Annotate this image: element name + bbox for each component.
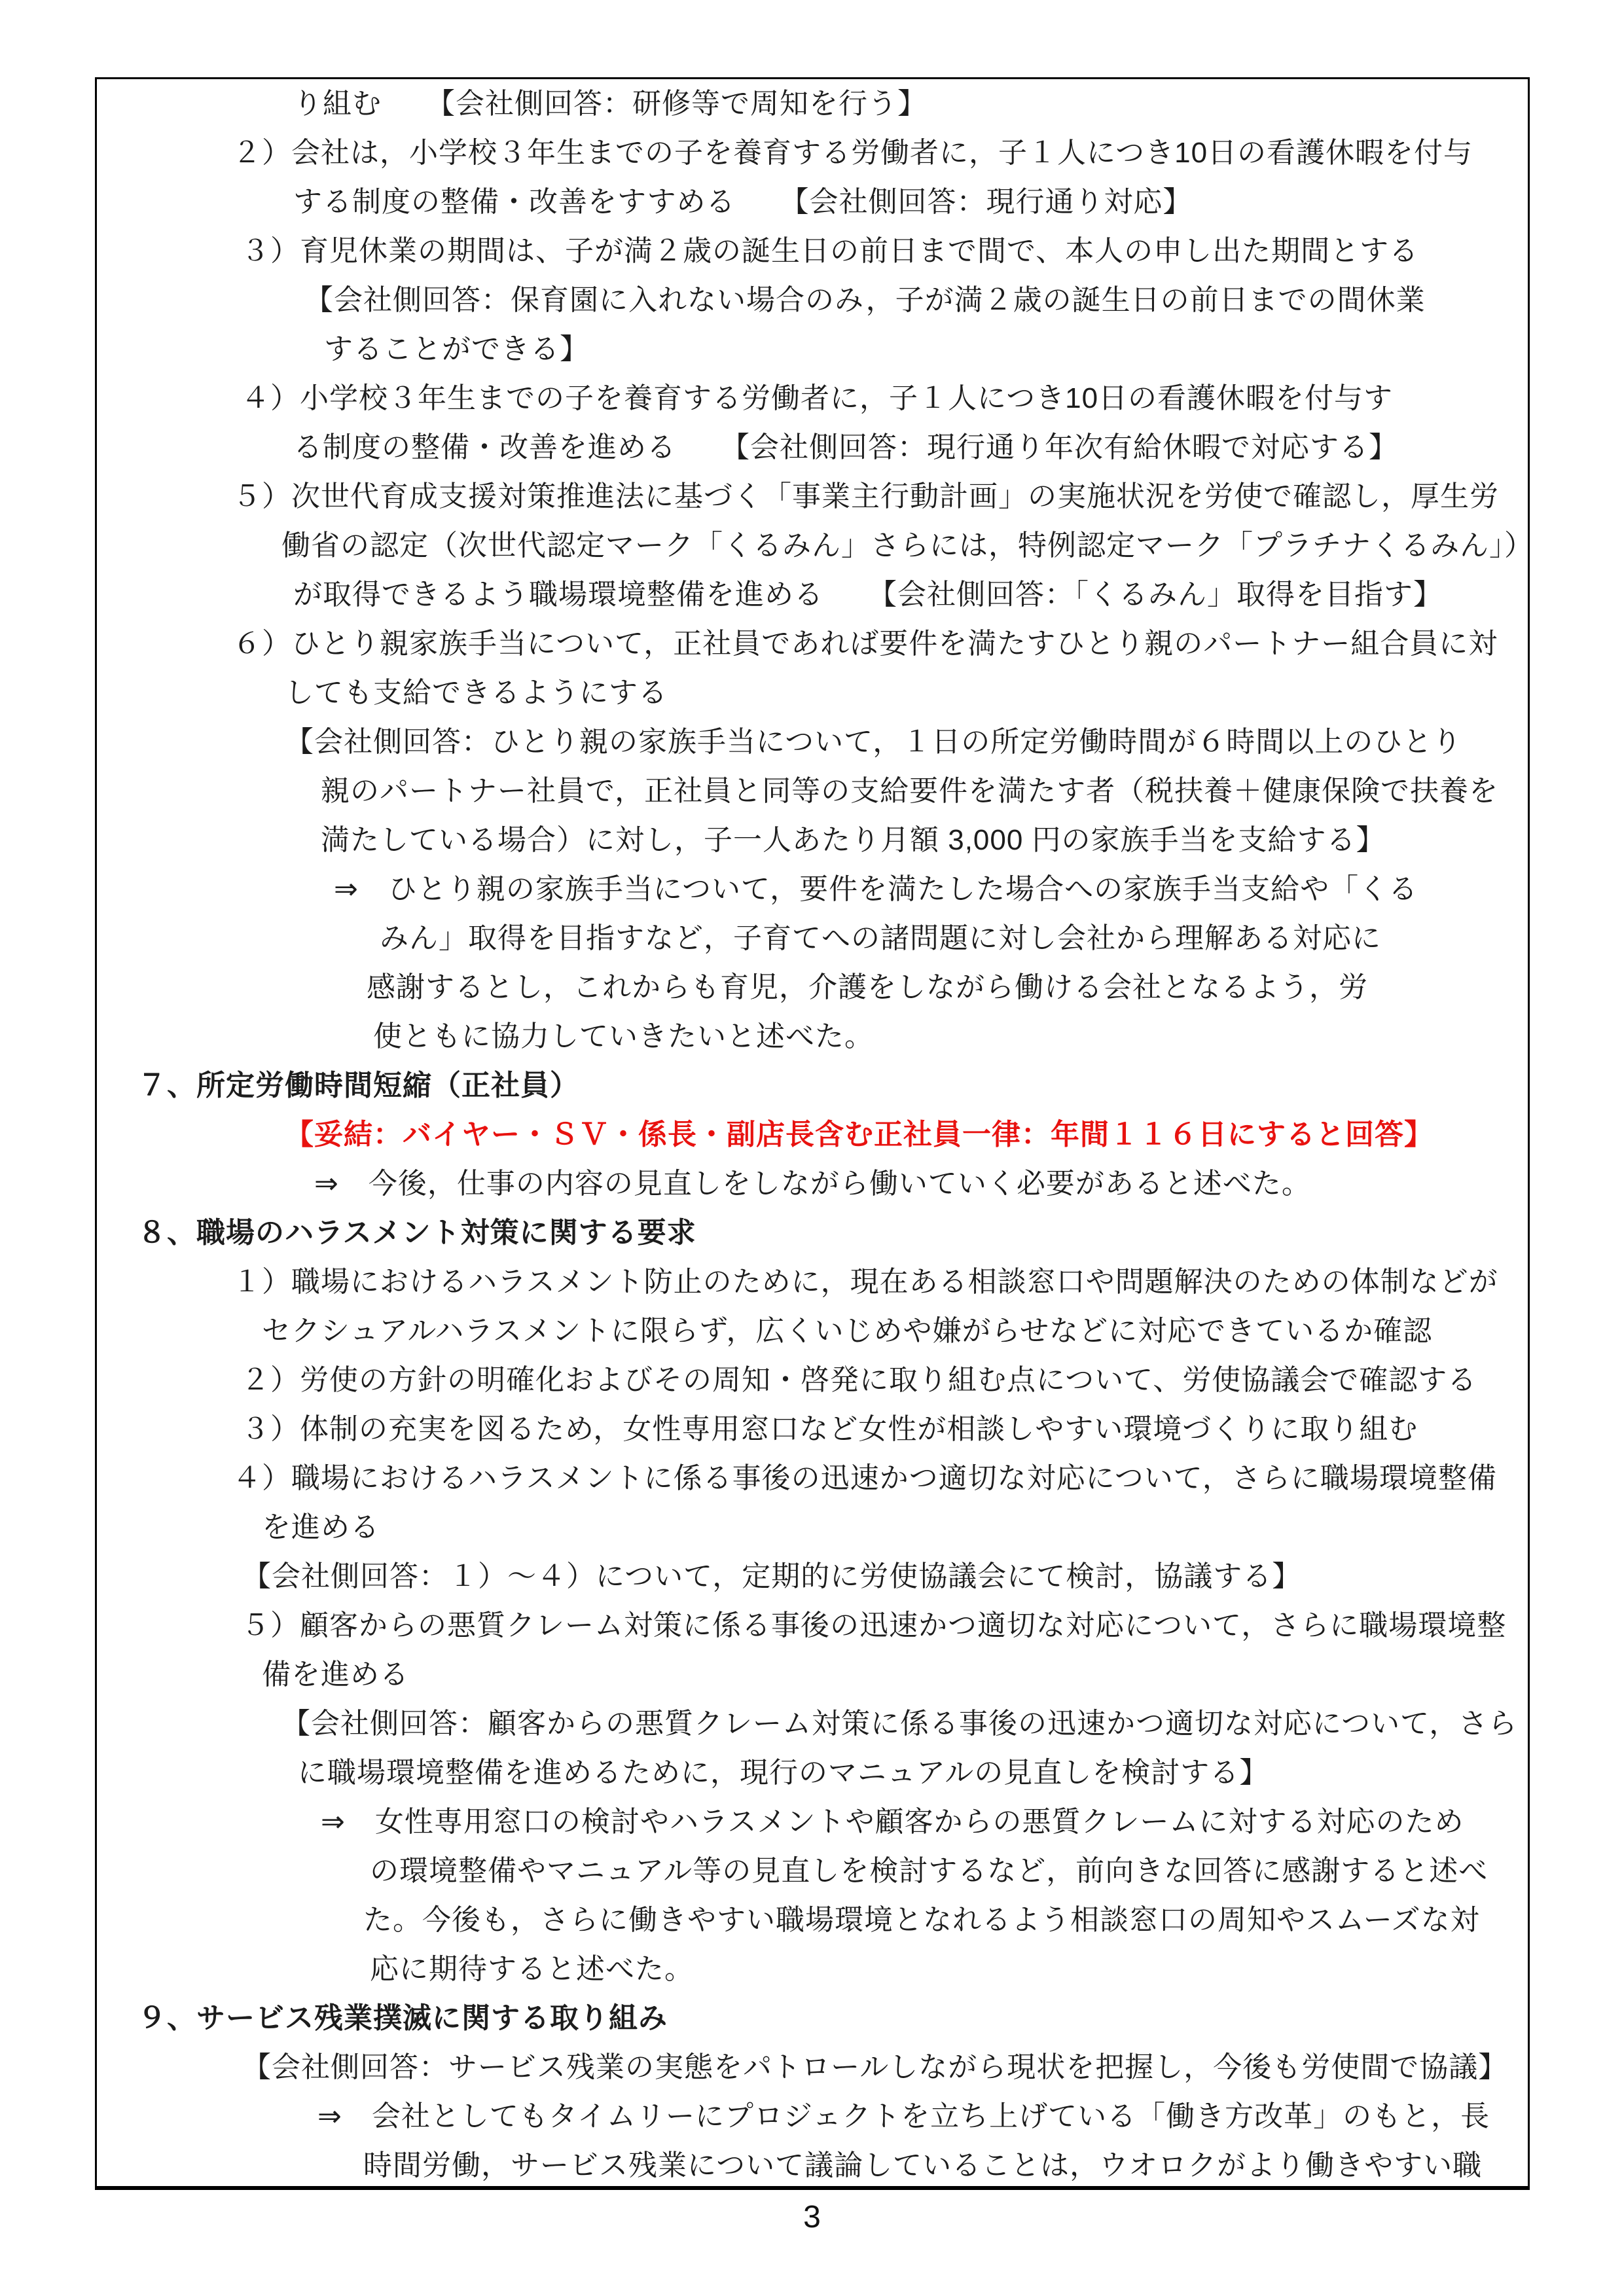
document-line: 感謝するとし，これからも育児，介護をしながら働ける会社となるよう，労 (97, 963, 1528, 1012)
document-line: ⇒ ひとり親の家族手当について，要件を満たした場合への家族手当支給や「くる (97, 865, 1528, 914)
document-line: 時間労働，サービス残業について議論していることは，ウオロクがより働きやすい職 (97, 2141, 1528, 2190)
document-line: みん」取得を目指すなど，子育てへの諸問題に対し会社から理解ある対応に (97, 914, 1528, 963)
document-line: 【妥結：バイヤー・ＳＶ・係長・副店長含む正社員一律：年間１１６日にすると回答】 (97, 1110, 1528, 1159)
document-line: の環境整備やマニュアル等の見直しを検討するなど，前向きな回答に感謝すると述べ (97, 1846, 1528, 1895)
document-line: り組む 【会社側回答：研修等で周知を行う】 (97, 79, 1528, 128)
document-line: に職場環境整備を進めるために，現行のマニュアルの見直しを検討する】 (97, 1748, 1528, 1797)
document-line: 働省の認定（次世代認定マーク「くるみん」さらには，特例認定マーク「プラチナくるみ… (97, 521, 1528, 570)
document-line: ２）労使の方針の明確化およびその周知・啓発に取り組む点について、労使協議会で確認… (97, 1355, 1528, 1405)
document-line: 【会社側回答：ひとり親の家族手当について，１日の所定労働時間が６時間以上のひとり (97, 717, 1528, 766)
document-line: ８、職場のハラスメント対策に関する要求 (97, 1208, 1528, 1257)
document-text-block: り組む 【会社側回答：研修等で周知を行う】２）会社は，小学校３年生までの子を養育… (97, 79, 1528, 2186)
document-line: セクシュアルハラスメントに限らず，広くいじめや嫌がらせなどに対応できているか確認 (97, 1306, 1528, 1355)
document-line: た。今後も，さらに働きやすい職場環境となれるよう相談窓口の周知やスムーズな対 (97, 1895, 1528, 1945)
document-line: ３）体制の充実を図るため，女性専用窓口など女性が相談しやすい環境づくりに取り組む (97, 1405, 1528, 1454)
document-line: 応に期待すると述べた。 (97, 1945, 1528, 1994)
document-line: １）職場におけるハラスメント防止のために，現在ある相談窓口や問題解決のための体制… (97, 1257, 1528, 1306)
document-line: ５）顧客からの悪質クレーム対策に係る事後の迅速かつ適切な対応について，さらに職場… (97, 1601, 1528, 1650)
document-line: 備を進める (97, 1650, 1528, 1699)
document-line: 【会社側回答：顧客からの悪質クレーム対策に係る事後の迅速かつ適切な対応について，… (97, 1699, 1528, 1748)
document-line: ⇒ 女性専用窓口の検討やハラスメントや顧客からの悪質クレームに対する対応のため (97, 1797, 1528, 1846)
document-line: 親のパートナー社員で，正社員と同等の支給要件を満たす者（税扶養＋健康保険で扶養を (97, 766, 1528, 816)
document-line: 使ともに協力していきたいと述べた。 (97, 1012, 1528, 1061)
document-line: ２）会社は，小学校３年生までの子を養育する労働者に，子１人につき10日の看護休暇… (97, 128, 1528, 177)
document-line: ７、所定労働時間短縮（正社員） (97, 1061, 1528, 1110)
document-line: ５）次世代育成支援対策推進法に基づく「事業主行動計画」の実施状況を労使で確認し，… (97, 472, 1528, 521)
document-line: しても支給できるようにする (97, 668, 1528, 717)
document-line: ４）小学校３年生までの子を養育する労働者に，子１人につき10日の看護休暇を付与す (97, 374, 1528, 423)
document-line: が取得できるよう職場環境整備を進める 【会社側回答：「くるみん」取得を目指す】 (97, 570, 1528, 619)
document-line: ⇒ 会社としてもタイムリーにプロジェクトを立ち上げている「働き方改革」のもと，長 (97, 2092, 1528, 2141)
document-line: 満たしている場合）に対し，子一人あたり月額 3,000 円の家族手当を支給する】 (97, 816, 1528, 865)
document-line: ４）職場におけるハラスメントに係る事後の迅速かつ適切な対応について，さらに職場環… (97, 1454, 1528, 1503)
document-line: ６）ひとり親家族手当について，正社員であれば要件を満たすひとり親のパートナー組合… (97, 619, 1528, 668)
document-border-box: り組む 【会社側回答：研修等で周知を行う】２）会社は，小学校３年生までの子を養育… (95, 77, 1530, 2190)
document-line: ⇒ 今後，仕事の内容の見直しをしながら働いていく必要があると述べた。 (97, 1159, 1528, 1208)
document-line: 【会社側回答：１）～４）について，定期的に労使協議会にて検討，協議する】 (97, 1552, 1528, 1601)
document-line: る制度の整備・改善を進める 【会社側回答：現行通り年次有給休暇で対応する】 (97, 423, 1528, 472)
document-line: を進める (97, 1503, 1528, 1552)
document-line: ９、サービス残業撲滅に関する取り組み (97, 1994, 1528, 2043)
document-line: ３）育児休業の期間は、子が満２歳の誕生日の前日まで間で、本人の申し出た期間とする (97, 226, 1528, 276)
document-line: 【会社側回答：サービス残業の実態をパトロールしながら現状を把握し，今後も労使間で… (97, 2043, 1528, 2092)
document-line: 【会社側回答：保育園に入れない場合のみ，子が満２歳の誕生日の前日までの間休業 (97, 276, 1528, 325)
document-line: することができる】 (97, 325, 1528, 374)
page-number: 3 (0, 2199, 1624, 2235)
document-line: する制度の整備・改善をすすめる 【会社側回答：現行通り対応】 (97, 177, 1528, 226)
